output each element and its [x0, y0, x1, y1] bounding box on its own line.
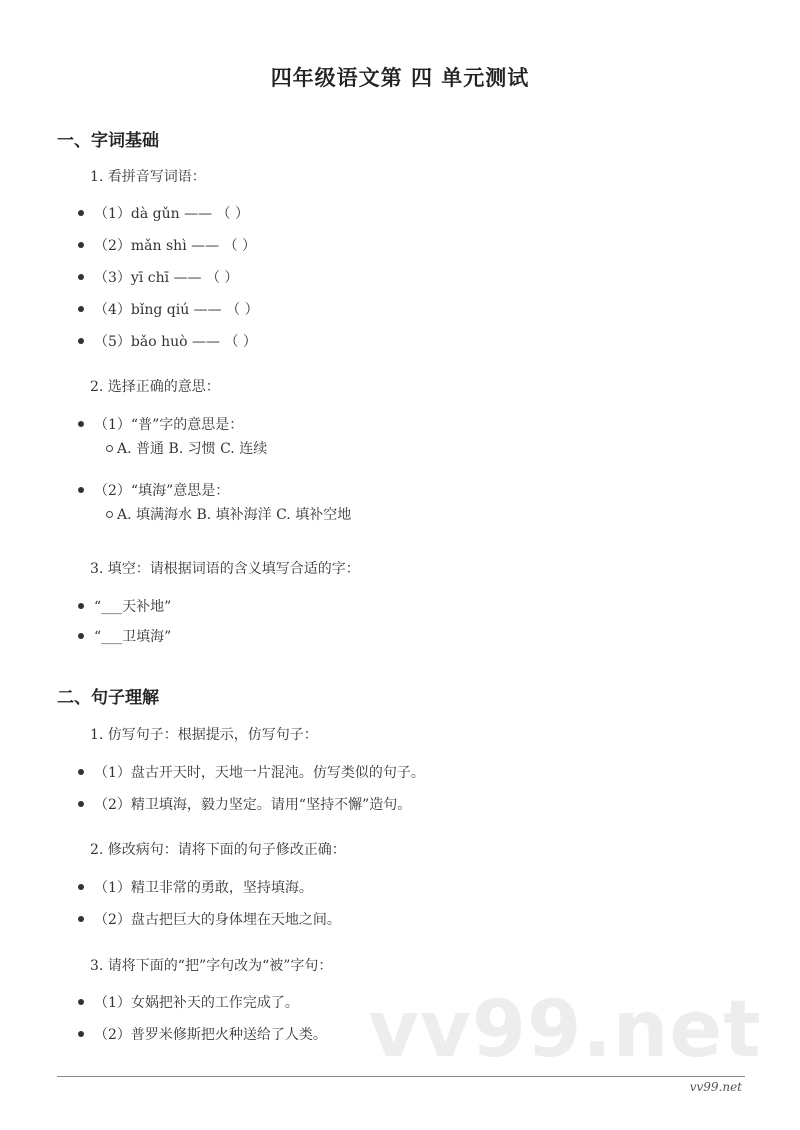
bullet-icon: [78, 603, 84, 609]
question-title: 2. 修改病句：请将下面的句子修改正确：: [90, 839, 346, 859]
bullet-icon: [78, 999, 84, 1005]
bullet-icon: [78, 801, 84, 807]
question-title: 3. 请将下面的“把”字句改为“被”字句：: [90, 955, 332, 975]
list-item: （2）普罗米修斯把火种送给了人类。: [78, 1024, 327, 1044]
footer-text: vv99.net: [690, 1080, 742, 1094]
bullet-icon: [78, 338, 84, 344]
bullet-icon: [78, 916, 84, 922]
bullet-icon: [78, 633, 84, 639]
list-item: “___卫填海”: [78, 626, 171, 646]
list-item: （1）dà gǔn —— （ ）: [78, 203, 249, 223]
option-line: A. 普通 B. 习惯 C. 连续: [106, 438, 267, 458]
bullet-icon: [78, 421, 84, 427]
bullet-icon: [78, 210, 84, 216]
question-title: 2. 选择正确的意思：: [90, 376, 220, 396]
option-line: A. 填满海水 B. 填补海洋 C. 填补空地: [106, 504, 351, 524]
list-item: （1）“普”字的意思是：: [78, 414, 243, 434]
bullet-icon: [78, 306, 84, 312]
bullet-icon: [78, 884, 84, 890]
bullet-icon: [78, 1031, 84, 1037]
section-heading-1: 一、字词基础: [57, 126, 159, 151]
list-item: （2）“填海”意思是：: [78, 480, 229, 500]
question-title: 1. 看拼音写词语：: [90, 166, 206, 186]
section-heading-2: 二、句子理解: [57, 683, 159, 708]
list-item: （4）bǐng qiú —— （ ）: [78, 299, 259, 319]
watermark: vv99.net: [368, 985, 762, 1075]
bullet-icon: [78, 274, 84, 280]
bullet-icon: [78, 769, 84, 775]
circle-bullet-icon: [106, 445, 113, 452]
list-item: （2）盘古把巨大的身体埋在天地之间。: [78, 909, 341, 929]
page-title: 四年级语文第 四 单元测试: [0, 62, 800, 92]
list-item: （5）bǎo huò —— （ ）: [78, 331, 257, 351]
bullet-icon: [78, 242, 84, 248]
list-item: “___天补地”: [78, 596, 171, 616]
question-title: 1. 仿写句子：根据提示，仿写句子：: [90, 724, 318, 744]
list-item: （3）yī chī —— （ ）: [78, 267, 238, 287]
list-item: （1）精卫非常的勇敢，坚持填海。: [78, 877, 313, 897]
list-item: （1）盘古开天时，天地一片混沌。仿写类似的句子。: [78, 762, 425, 782]
list-item: （2）精卫填海，毅力坚定。请用“坚持不懈”造句。: [78, 794, 411, 814]
question-title: 3. 填空：请根据词语的含义填写合适的字：: [90, 558, 360, 578]
list-item: （2）mǎn shì —— （ ）: [78, 235, 256, 255]
circle-bullet-icon: [106, 511, 113, 518]
bullet-icon: [78, 487, 84, 493]
footer-divider: [57, 1076, 745, 1077]
list-item: （1）女娲把补天的工作完成了。: [78, 992, 299, 1012]
